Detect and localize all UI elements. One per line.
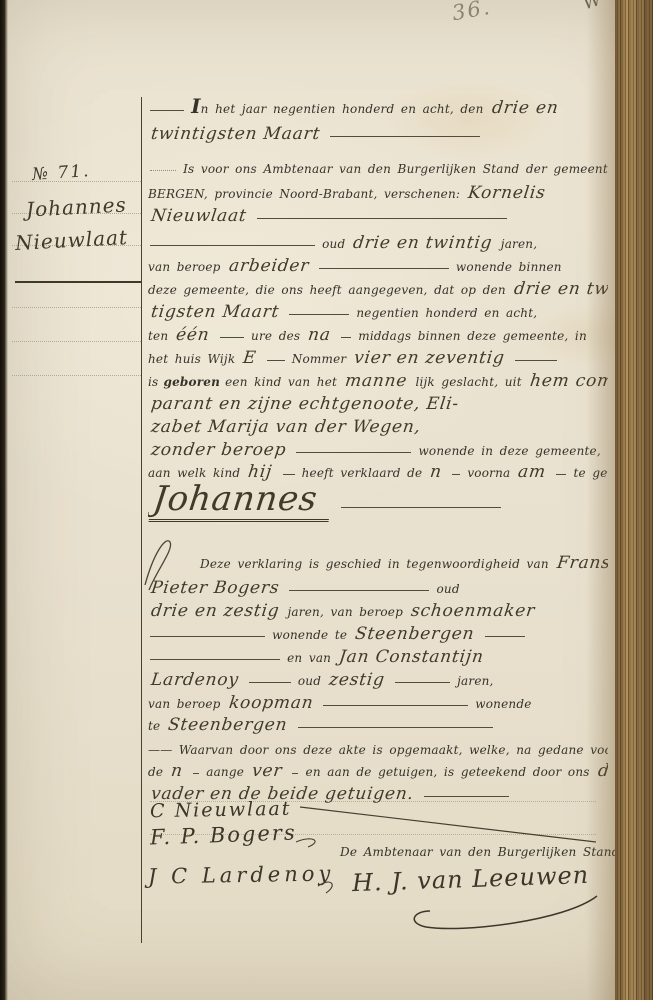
blank-line [296,450,411,453]
child-name-handwritten: Johannes [149,482,334,522]
printed-text: oud [436,582,459,596]
handwritten-text: manne [344,373,408,390]
printed-text: de [148,765,163,779]
printed-text: negentien honderd en acht, [356,306,537,320]
blank-line [220,335,244,338]
handwritten-text: schoenmaker [410,603,536,620]
binding-shadow [586,0,615,1000]
record-line: Is voor ons Ambtenaar van den Burgerlijk… [148,158,608,177]
printed-text: —— Waarvan door ons deze akte is opgemaa… [148,743,608,757]
blank-line [150,634,265,637]
handwritten-text: twintigsten Maart [150,126,321,143]
blank-line [150,168,176,171]
record-line: drie en zestig jaren, van beroep schoenm… [148,601,538,620]
printed-text: Deze verklaring is geschied in tegenwoor… [200,557,549,571]
printed-text: jaren, [457,674,493,688]
printed-text: wonende binnen [456,260,562,274]
handwritten-text: Kornelis [467,185,547,202]
handwritten-text: arbeider [228,258,310,275]
blank-line [452,472,460,475]
blank-line [341,505,501,508]
signature-witness-bogers: F. P. Bogers [150,820,297,849]
handwritten-text: Pieter Bogers [150,580,280,597]
blank-line [267,358,285,361]
margin-ruled-line [12,375,141,376]
record-line: zabet Marija van der Wegen, [148,417,424,436]
printed-text: ten [148,329,168,343]
handwritten-text: na [307,327,332,344]
record-line: —— Waarvan door ons deze akte is opgemaa… [148,739,608,758]
printed-text: geboren [164,375,221,389]
printed-text: van beroep [148,697,221,711]
blank-line [556,472,566,475]
blank-line [283,472,295,475]
record-line: te Steenbergen [148,715,495,734]
printed-text: het huis Wijk [148,352,235,366]
margin-act-number: № 71. [31,161,91,185]
handwritten-text: Jan Constantijn [338,649,485,666]
handwritten-text: n [170,763,184,780]
blank-line [150,108,184,111]
blank-line [249,680,291,683]
blank-line [193,771,199,774]
printed-text: wonende in deze gemeente, [418,444,600,458]
record-line: Nieuwlaat [148,206,509,225]
handwritten-text: drie en zestig [150,603,281,620]
printed-text: Is voor ons Ambtenaar van den Burgerlijk… [183,162,608,176]
record-line: van beroep koopman wonende [148,693,532,712]
printed-text: BERGEN, provincie Noord-Brabant, versche… [148,187,460,201]
margin-ruled-line [12,307,141,308]
record-line: BERGEN, provincie Noord-Brabant, versche… [148,183,549,202]
handwritten-text: parant en zijne echtgenoote, Eli- [150,396,460,413]
printed-text: van beroep [148,260,221,274]
blank-line [319,266,449,269]
printed-text: jaren, [501,237,537,251]
blank-line [424,794,509,797]
blank-line [289,588,429,591]
margin-ruled-line [12,341,141,342]
handwritten-text: zestig [328,672,386,689]
printed-text: Nommer [292,352,347,366]
printed-text: oud [298,674,321,688]
blank-line [341,335,351,338]
handwritten-text: drie en twintig [352,235,493,252]
printed-text: te [148,719,160,733]
blank-line [257,216,507,219]
handwritten-text: am [517,464,547,481]
record-line: In het jaar negentien honderd en acht, d… [148,96,561,117]
printed-text: deze gemeente, die ons heeft aangegeven,… [148,283,506,297]
record-line: is geboren een kind van het manne lijk g… [148,371,608,390]
blank-line [515,358,557,361]
blank-line [289,312,349,315]
record-line: twintigsten Maart [148,124,482,143]
blank-line [150,657,280,660]
registrar-title: De Ambtenaar van den Burgerlijken Stand, [340,846,624,858]
blank-line [292,771,298,774]
blank-line [330,134,480,137]
handwritten-text: zabet Marija van der Wegen, [150,419,422,436]
blank-line [150,243,315,246]
record-line: Pieter Bogers oud [148,578,460,597]
record-line: ten één ure des na middags binnen deze g… [148,325,587,344]
printed-text: is [148,375,158,389]
handwritten-text: zonder beroep [150,442,287,459]
printed-text: middags binnen deze gemeente, in [358,329,587,343]
record-line: oud drie en twintig jaren, [148,233,537,252]
record-line: deze gemeente, die ons heeft aangegeven,… [148,279,608,298]
handwritten-text: tigsten Maart [150,304,280,321]
printed-text: heeft verklaard de [302,466,423,480]
signature-father: C Nieuwlaat [150,798,292,822]
printed-text: jaren, van beroep [288,605,403,619]
handwritten-text: ver [251,763,283,780]
record-line: zonder beroep wonende in deze gemeente, [148,440,601,459]
blank-line [395,680,450,683]
printed-text: een kind van het [225,375,337,389]
handwritten-text: Lardenoy [150,672,240,689]
record-line: en van Jan Constantijn [148,647,487,666]
handwritten-text: Nieuwlaat [150,208,248,225]
printed-text: en aan de getuigen, is geteekend door on… [306,765,590,779]
record-line: wonende te Steenbergen [148,624,527,643]
printed-text: ure des [251,329,300,343]
printed-text: oud [322,237,345,251]
record-line: van beroep arbeider wonende binnen [148,256,562,275]
handwritten-text: n [429,464,443,481]
blank-line [323,703,468,706]
record-line: het huis Wijk E Nommer vier en zeventig [148,348,559,367]
record-line: Lardenoy oud zestig jaren, [148,670,494,689]
printed-text: lijk geslacht, uit [415,375,521,389]
record-line: de n aange ver en aan de getuigen, is ge… [148,761,608,780]
handwritten-text: E [242,350,257,367]
handwritten-text: koopman [228,695,315,712]
handwritten-text: vier en zeventig [353,350,506,367]
signature-witness-lardenoy: J C Lardenoy [148,861,335,888]
record-line: Deze verklaring is geschied in tegenwoor… [148,553,608,572]
printed-text: wonende te [272,628,347,642]
printed-text: voorna [467,466,510,480]
handwritten-text: één [175,327,211,344]
printed-text: wonende [475,697,531,711]
record-line-child-name: Johannes [148,482,503,522]
blank-line [485,634,525,637]
record-line: tigsten Maart negentien honderd en acht, [148,302,537,321]
handwritten-text: Steenbergen [354,626,475,643]
printed-text: en van [287,651,331,665]
blank-line [298,725,493,728]
record-line: parant en zijne echtgenoote, Eli- [148,394,462,413]
printed-text: aange [206,765,244,779]
margin-vertical-rule [141,97,142,943]
photo-left-edge [0,0,8,1000]
printed-text: aan welk kind [148,466,240,480]
handwritten-text: Steenbergen [167,717,288,734]
book-binding-edge [615,0,653,1000]
handwritten-text: drie en [491,100,560,117]
margin-act-divider [15,281,141,283]
printed-text: In het jaar negentien honderd en acht, d… [191,96,483,116]
